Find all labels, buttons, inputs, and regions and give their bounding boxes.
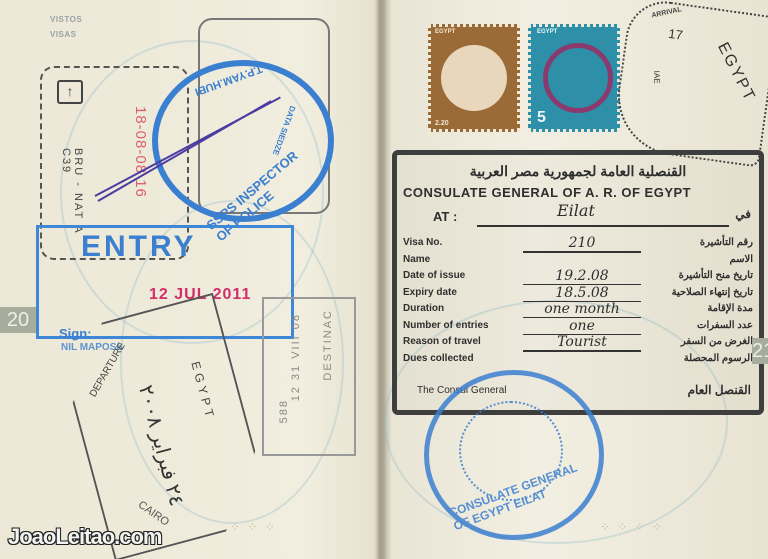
visas-header: VISTOS VISAS bbox=[50, 12, 82, 42]
field-label-arabic: الاسم bbox=[729, 252, 753, 268]
visa-field-row: Nameالاسم bbox=[403, 252, 753, 269]
seal-top-text: T.P.YAM.HUBI bbox=[193, 62, 264, 98]
field-value bbox=[523, 252, 641, 253]
passport-spread: VISTOS VISAS ↑ BRU - NAT A C39 18-08-08 … bbox=[0, 0, 768, 559]
grey-box-line: 12 31 VIII 08 bbox=[290, 313, 302, 401]
field-value: 19.2.08 bbox=[523, 268, 641, 285]
field-label: Duration bbox=[403, 301, 444, 317]
passport-page-left: VISTOS VISAS ↑ BRU - NAT A C39 18-08-08 … bbox=[0, 0, 378, 559]
visa-title-arabic: القنصلية العامة لجمهورية مصر العربية bbox=[397, 163, 759, 180]
inspector-seal: T.P.YAM.HUBI DATA SIEDZE SSPS INSPECTOR … bbox=[152, 60, 334, 222]
field-label-arabic: مدة الإقامة bbox=[707, 301, 753, 317]
arrival-code: IAE bbox=[652, 71, 661, 84]
departure-label: DEPARTURE bbox=[88, 341, 128, 399]
field-value: Tourist bbox=[523, 334, 641, 351]
field-label: Expiry date bbox=[403, 285, 457, 301]
perforation-dots: ⁘ ⁘ ⁘ bbox=[230, 520, 277, 534]
stamp-portrait bbox=[441, 45, 507, 111]
field-value: one month bbox=[523, 301, 641, 318]
perforation-dots: ⁘ ⁘ ⁘ ⁘ bbox=[600, 520, 664, 534]
visa-at-line bbox=[477, 225, 729, 227]
stamp-country: EGYPT bbox=[435, 29, 455, 35]
arrival-label: ARRIVAL bbox=[651, 6, 682, 19]
header-line: VISTOS bbox=[50, 12, 82, 27]
departure-country: EGYPT bbox=[188, 360, 217, 422]
stamp-country: EGYPT bbox=[537, 29, 557, 35]
field-label-arabic: الغرض من السفر bbox=[681, 334, 753, 350]
field-label: Reason of travel bbox=[403, 334, 481, 350]
revenue-stamp-blue: EGYPT 5 bbox=[528, 24, 620, 132]
visa-at-value: Eilat bbox=[557, 201, 595, 220]
stamp-value: 2.20 bbox=[435, 120, 449, 127]
header-line: VISAS bbox=[50, 27, 82, 42]
grey-box-stamp: 12 31 VIII 08 DESTINAC 588 bbox=[262, 297, 356, 456]
visa-field-row: Dues collectedالرسوم المحصلة bbox=[403, 351, 753, 368]
visa-fields: Visa No.210رقم التأشيرةNameالاسمDate of … bbox=[403, 235, 753, 367]
visa-title: CONSULATE GENERAL OF A. R. OF EGYPT bbox=[403, 185, 691, 200]
visa-at-label: AT : bbox=[433, 209, 457, 224]
arrival-day: 17 bbox=[667, 26, 683, 43]
field-value: 18.5.08 bbox=[523, 285, 641, 302]
consulate-seal: CONSULATE GENERAL OF EGYPT EILAT bbox=[424, 370, 604, 540]
egypt-visa-stamp: القنصلية العامة لجمهورية مصر العربية CON… bbox=[392, 150, 764, 415]
field-value: one bbox=[523, 318, 641, 335]
site-watermark: JoaoLeitao.com bbox=[8, 524, 161, 550]
visa-field-row: Reason of travelTouristالغرض من السفر bbox=[403, 334, 753, 351]
field-label: Number of entries bbox=[403, 318, 489, 334]
visa-field-row: Expiry date18.5.08تاريخ إنتهاء الصلاحية bbox=[403, 285, 753, 302]
visa-at-arabic: في bbox=[735, 207, 751, 221]
visa-field-row: Durationone monthمدة الإقامة bbox=[403, 301, 753, 318]
field-label: Date of issue bbox=[403, 268, 465, 284]
visa-consul-arabic: القنصل العام bbox=[688, 383, 751, 397]
grey-box-line: DESTINAC bbox=[322, 309, 334, 381]
field-label-arabic: الرسوم المحصلة bbox=[684, 351, 753, 367]
field-value: 210 bbox=[523, 235, 641, 252]
field-label: Visa No. bbox=[403, 235, 442, 251]
page-number: 20 bbox=[0, 307, 36, 333]
field-label-arabic: تاريخ منح التأشيرة bbox=[679, 268, 753, 284]
field-label-arabic: عدد السفرات bbox=[697, 318, 753, 334]
page-number: 21 bbox=[752, 338, 768, 364]
departure-date: ٢٤ فبراير ٢٠٠٨ bbox=[133, 382, 188, 508]
entry-title: ENTRY bbox=[81, 230, 197, 264]
stamp-date: 18-08-08 16 bbox=[132, 106, 149, 198]
arrival-country: EGYPT bbox=[713, 40, 758, 105]
field-label: Dues collected bbox=[403, 351, 474, 367]
field-label-arabic: رقم التأشيرة bbox=[700, 235, 753, 251]
stamp-value: 5 bbox=[537, 109, 546, 127]
visa-field-row: Number of entriesoneعدد السفرات bbox=[403, 318, 753, 335]
field-label-arabic: تاريخ إنتهاء الصلاحية bbox=[672, 285, 753, 301]
field-label: Name bbox=[403, 252, 430, 268]
visa-field-row: Visa No.210رقم التأشيرة bbox=[403, 235, 753, 252]
star-emblem-icon bbox=[543, 43, 613, 113]
revenue-stamp-brown: EGYPT 2.20 bbox=[428, 24, 520, 132]
entry-sign-label: Sign: bbox=[59, 326, 92, 341]
grey-box-line: 588 bbox=[278, 399, 290, 423]
arrow-up-icon: ↑ bbox=[57, 80, 83, 104]
field-value bbox=[523, 351, 641, 352]
visa-field-row: Date of issue19.2.08تاريخ منح التأشيرة bbox=[403, 268, 753, 285]
